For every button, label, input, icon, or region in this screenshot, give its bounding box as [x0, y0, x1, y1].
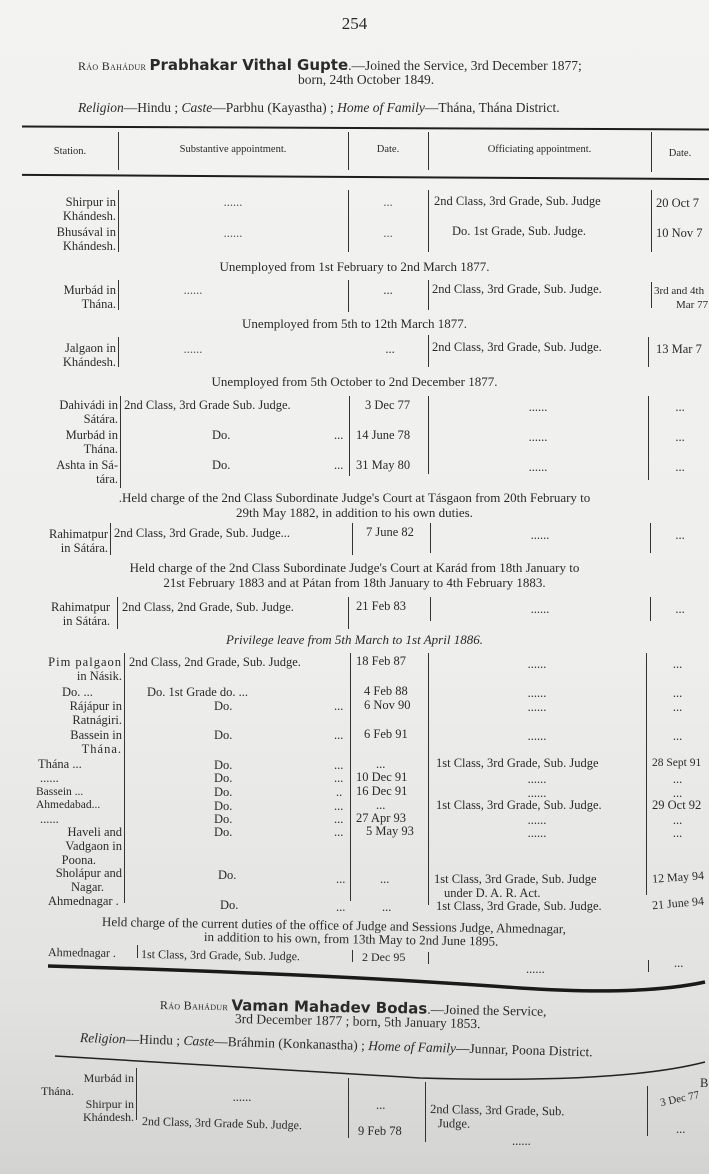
col-divider — [651, 190, 652, 252]
row3-substantive: ...... — [118, 342, 268, 356]
officer1-born: born, 24th October 1849. — [298, 72, 434, 88]
row16-date2: 29 Oct 92 — [652, 798, 701, 812]
row20-date1: ... — [382, 900, 391, 914]
row7-date1: 7 June 82 — [366, 525, 414, 539]
row4-officiating: ...... — [428, 400, 648, 414]
row18-station: Haveli andVadgaon inPoona. — [22, 825, 122, 867]
col-divider — [648, 396, 649, 480]
page-number: 254 — [0, 14, 709, 34]
row3-date1: ... — [360, 342, 420, 356]
note-unemployed-3: Unemployed from 5th October to 2nd Decem… — [0, 374, 709, 389]
col-divider — [124, 653, 125, 903]
row14-station: ...... — [40, 771, 59, 785]
row20-dots: ... — [336, 900, 345, 914]
row8-substantive: 2nd Class, 2nd Grade, Sub. Judge. — [122, 600, 294, 614]
row21-station: Ahmednagar . — [48, 945, 116, 960]
row3-officiating: 2nd Class, 3rd Grade, Sub. Judge. — [432, 340, 602, 354]
row12-substantive: Do. — [214, 728, 232, 742]
row20-substantive: Do. — [220, 898, 238, 912]
row13-date2: 28 Sept 91 — [652, 756, 701, 770]
row16-date1: ... — [376, 798, 385, 812]
row11-station: Rájápur inRatnágiri. — [22, 699, 122, 727]
row18-officiating: ...... — [428, 826, 646, 840]
row18-dots: ... — [334, 825, 343, 839]
caste-label: Caste — [182, 100, 213, 115]
row2-substantive: ...... — [118, 283, 268, 297]
row9-date1: 18 Feb 87 — [356, 654, 406, 668]
religion-label: Religion — [80, 1030, 126, 1046]
row2-officiating: 2nd Class, 3rd Grade, Sub. Judge. — [432, 282, 602, 296]
row1-officiating: Do. 1st Grade, Sub. Judge. — [452, 224, 586, 238]
row0-substantive: ...... — [118, 195, 348, 209]
row13-substantive: Do. — [214, 758, 232, 772]
row11-date2: ... — [646, 700, 709, 714]
col-divider — [120, 396, 121, 488]
col-divider — [349, 396, 350, 476]
row14-officiating: ...... — [428, 772, 646, 786]
row17-substantive: Do. — [214, 812, 232, 826]
officer1-title: Ráo Bahádur — [78, 59, 146, 73]
row18-date1: 5 May 93 — [366, 824, 414, 838]
row19-date2: 12 May 94 — [652, 868, 705, 886]
header-officiating: Officiating appointment. — [428, 144, 651, 155]
officer1-details: Religion—Hindu ; Caste—Parbhu (Kayastha)… — [78, 100, 560, 116]
officer1-joined: .—Joined the Service, 3rd December 1877; — [348, 58, 582, 73]
row1-station: Bhusával inKhándesh. — [22, 225, 116, 253]
row15-dots: .. — [336, 785, 342, 799]
table-top-rule — [22, 126, 709, 131]
row2-date1: ... — [348, 283, 428, 297]
row5-date2: ... — [651, 430, 709, 444]
row18-substantive: Do. — [214, 825, 232, 839]
row5-station: Murbád inThána. — [22, 428, 118, 456]
row8-station: Rahimatpurin Sátára. — [22, 600, 110, 628]
row5-dots: ... — [334, 428, 343, 442]
row8-date2: ... — [651, 602, 709, 616]
row8-date1: 21 Feb 83 — [356, 599, 406, 613]
religion-label: Religion — [78, 100, 124, 115]
row0-officiating: 2nd Class, 3rd Grade, Sub. Judge — [434, 194, 601, 208]
row10-substantive: Do. 1st Grade do. ... — [147, 685, 248, 699]
row0-date2: 20 Oct 7 — [656, 196, 699, 210]
row13-dots: ... — [334, 758, 343, 772]
caste-label: Caste — [183, 1033, 214, 1049]
row9-officiating: ...... — [428, 657, 646, 671]
row6-dots: ... — [334, 458, 343, 472]
col-divider — [352, 523, 353, 555]
col-divider — [348, 1078, 349, 1138]
officer2-title: Ráo Bahádur — [160, 998, 228, 1013]
row13-officiating: 1st Class, 3rd Grade, Sub. Judge — [436, 756, 599, 770]
row7-officiating: ...... — [430, 528, 650, 542]
row11-substantive: Do. — [214, 699, 232, 713]
col-divider — [425, 1082, 426, 1142]
row15-station: Bassein ... — [36, 785, 83, 799]
row4-date1: 3 Dec 77 — [365, 398, 410, 412]
row20-officiating: 1st Class, 3rd Grade, Sub. Judge. — [436, 899, 602, 913]
row17-date1: 27 Apr 93 — [356, 811, 406, 825]
row0-date1: ... — [348, 195, 428, 209]
edge-fragment: B — [700, 1076, 708, 1090]
row10-date2: ... — [646, 686, 709, 700]
row5-date1: 14 June 78 — [356, 428, 410, 442]
row4-date2: ... — [651, 400, 709, 414]
row1-substantive: ...... — [118, 226, 348, 240]
row5-officiating: ...... — [428, 430, 648, 444]
row0-station: Shirpur inKhándesh. — [22, 195, 116, 223]
home-label: Home of Family — [337, 100, 425, 115]
row14-date2: ... — [646, 772, 709, 786]
row12-dots: ... — [334, 728, 343, 742]
row15-substantive: Do. — [214, 785, 232, 799]
row11-date1: 6 Nov 90 — [364, 698, 411, 712]
col-divider — [350, 653, 351, 901]
row5-substantive: Do. — [212, 428, 230, 442]
t2-substantive-dots: ...... — [136, 1090, 348, 1104]
note-karad: Held charge of the 2nd Class Subordinate… — [0, 560, 709, 590]
row6-substantive: Do. — [212, 458, 230, 472]
row10-date1: 4 Feb 88 — [364, 684, 408, 698]
row9-substantive: 2nd Class, 2nd Grade, Sub. Judge. — [129, 655, 301, 669]
t2-station: Murbád inThána.Shirpur inKhándesh. — [22, 1072, 134, 1124]
row10-station: Do. ... — [62, 685, 93, 699]
row16-officiating: 1st Class, 3rd Grade, Sub. Judge. — [436, 798, 602, 812]
row14-substantive: Do. — [214, 771, 232, 785]
section-divider-rule — [0, 960, 709, 1000]
t2-substantive: 2nd Class, 3rd Grade Sub. Judge. — [142, 1114, 302, 1132]
religion-value: —Hindu ; — [124, 100, 178, 115]
row14-date1: 10 Dec 91 — [356, 770, 407, 784]
row18-date2: ... — [646, 826, 709, 840]
row19-station: Sholápur andNagar. — [22, 866, 122, 894]
row9-station: Pim palgaonin Násik. — [22, 655, 122, 683]
col-divider — [648, 337, 649, 367]
col-divider — [428, 280, 429, 310]
row17-officiating: ...... — [428, 813, 646, 827]
row7-date2: ... — [651, 528, 709, 542]
row17-station: ...... — [40, 812, 59, 826]
row1-date1: ... — [348, 226, 428, 240]
row16-station: Ahmedabad... — [36, 798, 100, 812]
row19-substantive: Do. — [218, 868, 236, 882]
row12-officiating: ...... — [428, 729, 646, 743]
row7-station: Rahimatpurin Sátára. — [22, 527, 108, 555]
row19-officiating: 1st Class, 3rd Grade, Sub. Judgeunder D.… — [434, 872, 597, 900]
row2-date2: 3rd and 4thMar 77. — [654, 284, 709, 312]
header-date2: Date. — [651, 148, 709, 159]
caste-value: —Parbhu (Kayastha) ; — [212, 100, 333, 115]
t2-date2-dots: ... — [676, 1122, 685, 1136]
note-tasgaon: .Held charge of the 2nd Class Subordinat… — [0, 490, 709, 520]
row4-station: Dahivádi inSátára. — [22, 398, 118, 426]
header-substantive: Substantive appointment. — [118, 144, 348, 155]
row13-date1: ... — [376, 757, 385, 771]
t2-officiating: 2nd Class, 3rd Grade, Sub.Judge. — [430, 1102, 565, 1132]
row12-date1: 6 Feb 91 — [364, 727, 408, 741]
row2-station: Murbád inThána. — [22, 283, 116, 311]
col-divider — [137, 945, 138, 958]
row6-station: Ashta in Sá-tára. — [22, 458, 118, 486]
row12-station: Bassein inThána. — [22, 728, 122, 756]
document-page: 254 Ráo Bahádur Prabhakar Vithal Gupte.—… — [0, 0, 709, 1174]
row10-officiating: ...... — [428, 686, 646, 700]
col-divider — [348, 597, 349, 629]
header-date1: Date. — [348, 144, 428, 155]
col-divider — [428, 335, 429, 367]
row17-date2: ... — [646, 813, 709, 827]
header-station: Station. — [22, 146, 118, 157]
note-unemployed-1: Unemployed from 1st February to 2nd Marc… — [0, 259, 709, 274]
row11-dots: ... — [334, 699, 343, 713]
note-unemployed-2: Unemployed from 5th to 12th March 1877. — [0, 316, 709, 331]
row7-substantive: 2nd Class, 3rd Grade, Sub. Judge... — [114, 526, 290, 540]
col-divider — [651, 282, 652, 308]
row6-officiating: ...... — [428, 460, 648, 474]
row15-date1: 16 Dec 91 — [356, 784, 407, 798]
row11-officiating: ...... — [428, 700, 646, 714]
row20-station: Ahmednagar . — [48, 894, 119, 908]
t2-officiating-dots: ...... — [512, 1134, 531, 1148]
t2-date1-dots: ... — [376, 1098, 385, 1112]
row12-date2: ... — [646, 729, 709, 743]
row16-dots: ... — [334, 799, 343, 813]
note-sessions-2: in addition to his own, from 13th May to… — [204, 930, 498, 949]
row14-dots: ... — [334, 771, 343, 785]
row1-date2: 10 Nov 7 — [656, 226, 703, 240]
col-divider — [110, 523, 111, 555]
row20-date2: 21 June 94 — [651, 894, 704, 912]
col-divider — [117, 597, 118, 629]
row13-station: Thána ... — [38, 757, 82, 771]
row16-substantive: Do. — [214, 799, 232, 813]
home-value: —Thána, Thána District. — [425, 100, 560, 115]
table-header-rule — [22, 174, 709, 180]
row19-date1: ... — [380, 872, 389, 886]
t2-date1: 9 Feb 78 — [358, 1124, 402, 1138]
row3-station: Jalgaon inKhándesh. — [22, 341, 116, 369]
row19-dots: ... — [336, 872, 345, 886]
row17-dots: ... — [334, 812, 343, 826]
row6-date1: 31 May 80 — [356, 458, 410, 472]
row3-date2: 13 Mar 7 — [656, 342, 702, 356]
note-privilege-leave: Privilege leave from 5th March to 1st Ap… — [0, 632, 709, 647]
row9-date2: ... — [646, 657, 709, 671]
religion-value: —Hindu ; — [126, 1031, 181, 1048]
row8-officiating: ...... — [430, 602, 650, 616]
col-divider — [428, 190, 429, 252]
row4-substantive: 2nd Class, 3rd Grade Sub. Judge. — [124, 398, 291, 412]
row6-date2: ... — [651, 460, 709, 474]
col-divider — [647, 1086, 648, 1136]
